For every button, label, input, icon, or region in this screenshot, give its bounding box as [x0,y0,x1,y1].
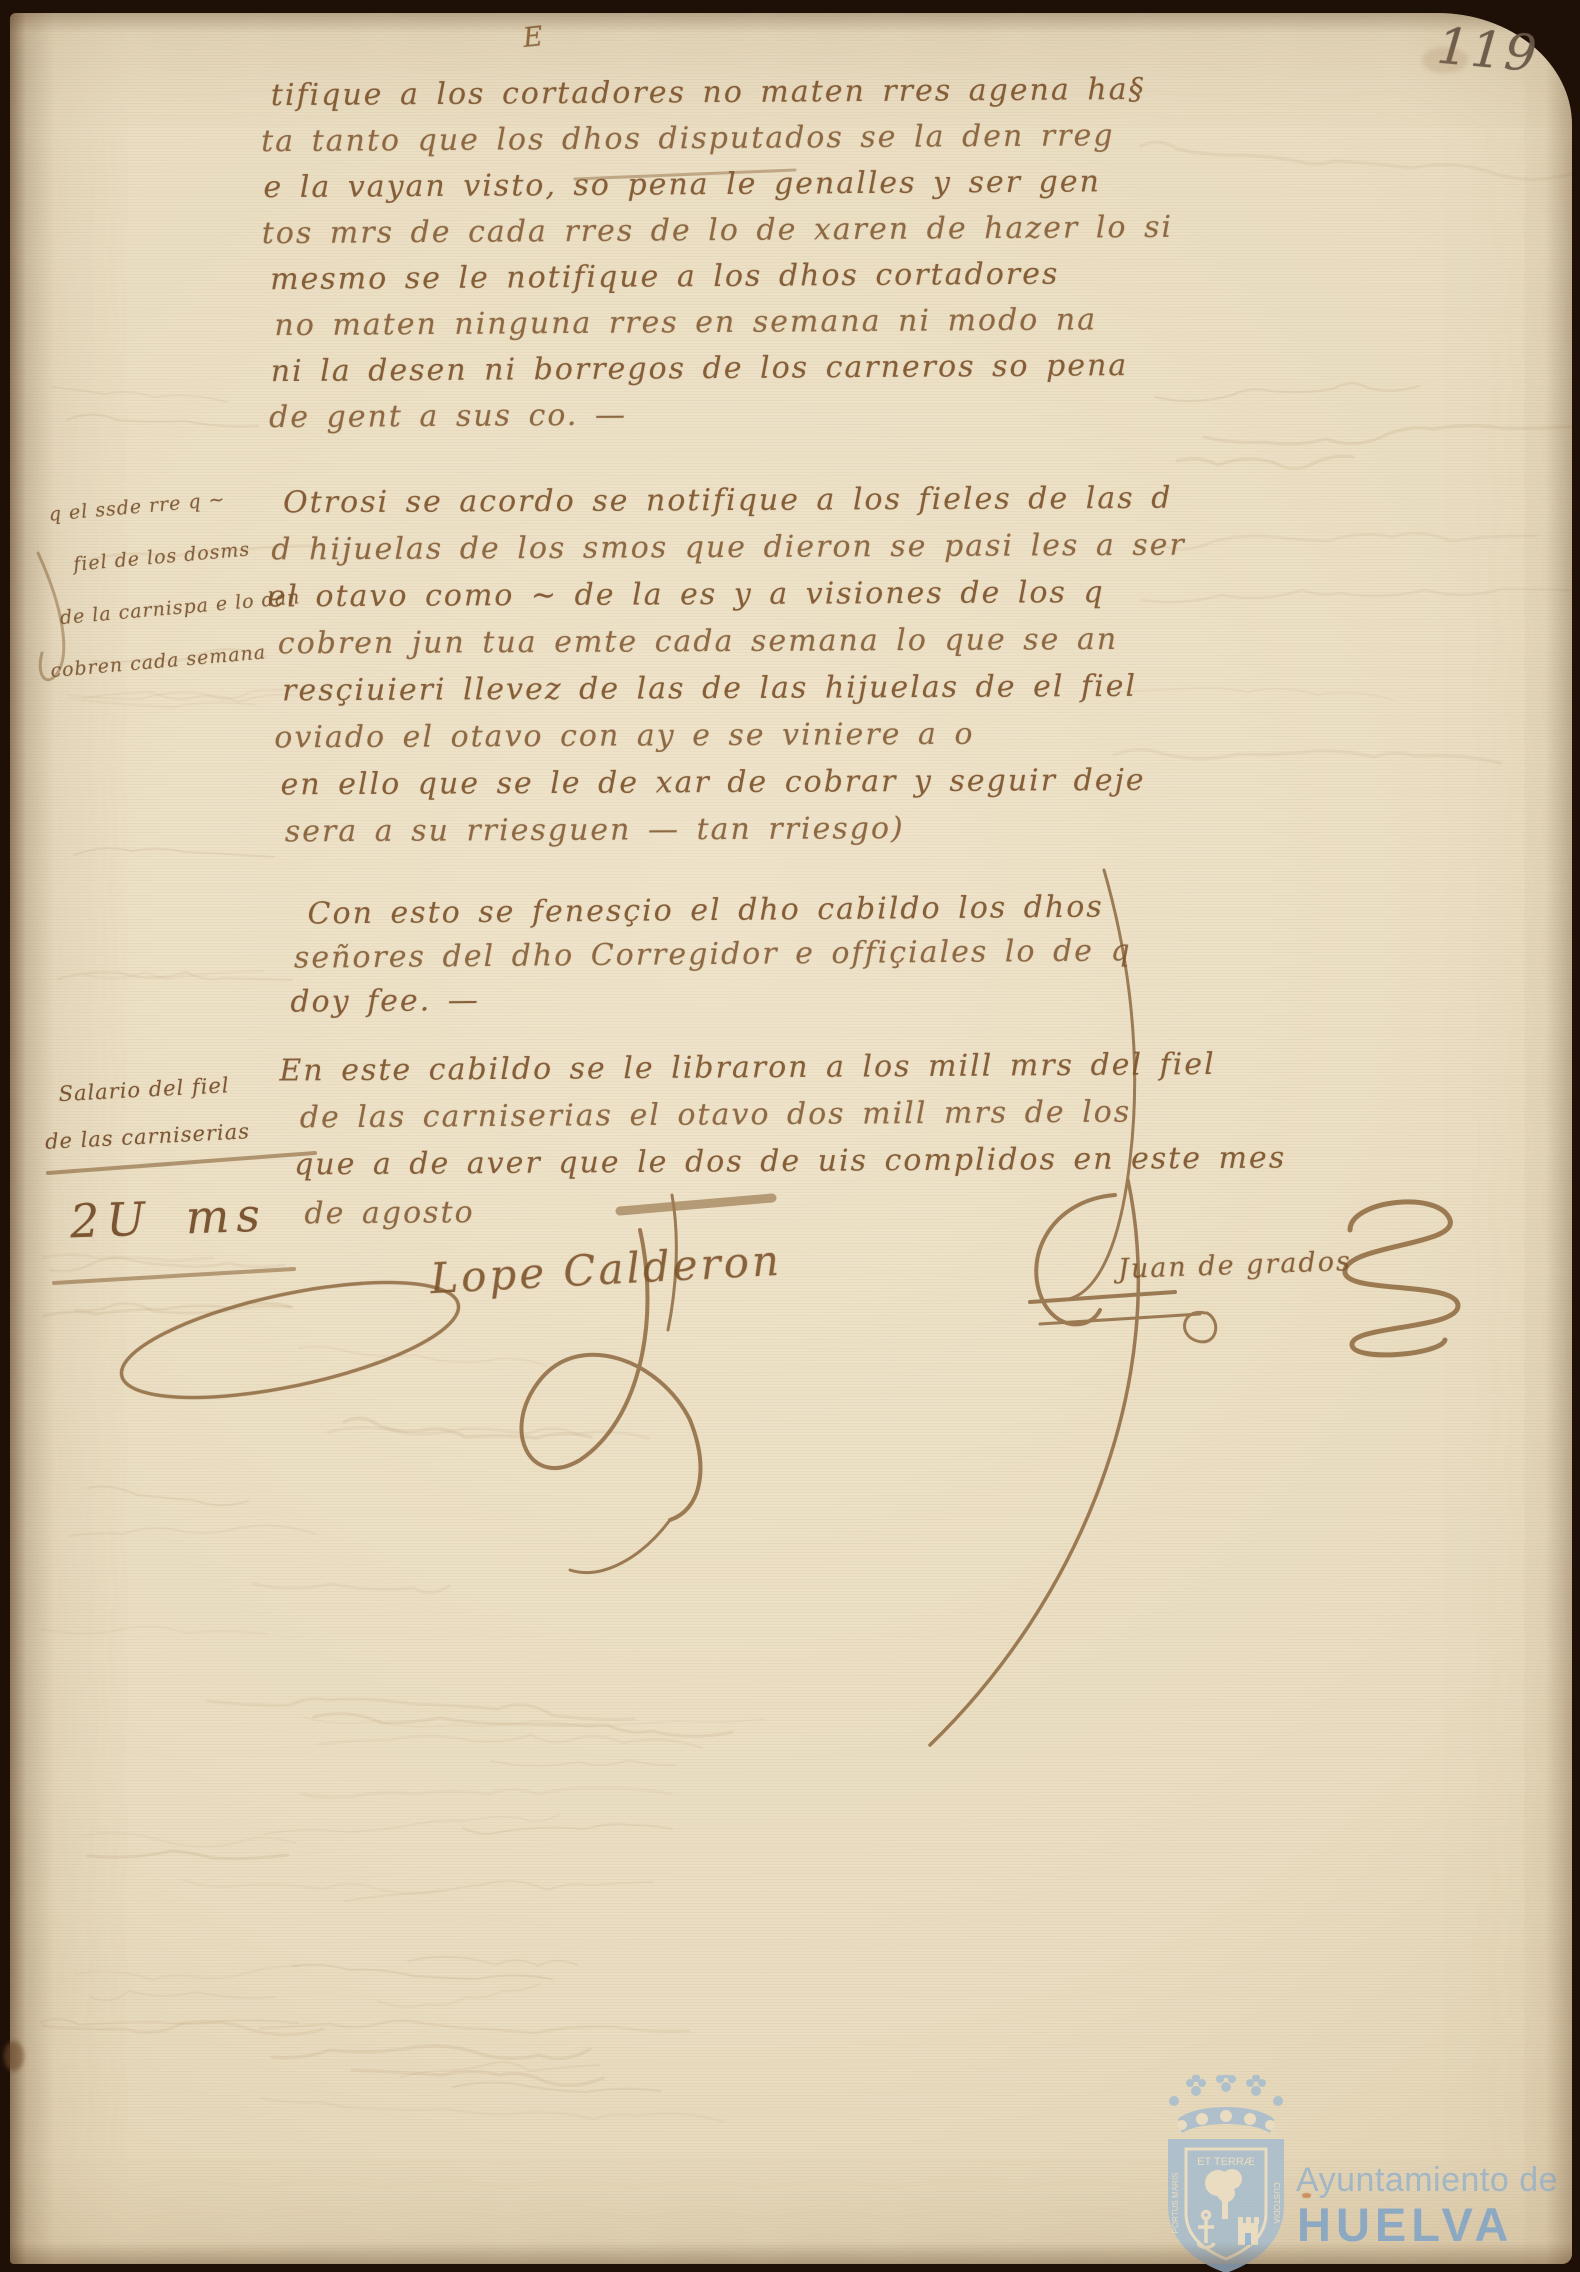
manuscript-line: ta tanto que los dhos disputados se la d… [261,118,1173,170]
manuscript-line: en ello que se le de xar de cobrar y seg… [280,763,1187,815]
signature-left: Lope Calderon [429,1236,783,1303]
amount-annotation: 2U ms [69,1188,268,1249]
manuscript-line: En este cabildo se le libraron a los mil… [279,1046,1285,1100]
watermark-org-name: Ayuntamiento de [1296,2161,1558,2200]
manuscript-line: de las carniserias [44,1119,251,1177]
folio-number: 119 [1435,17,1541,84]
watermark-city-name: HUELVA [1297,2197,1513,2252]
manuscript-line: de gent a sus co. — [269,394,1175,446]
manuscript-line: doy fee. — [290,977,1132,1028]
manuscript-line: tifique a los cortadores no maten rres a… [271,72,1173,124]
manuscript-line: d hijuelas de los smos que dieron se pas… [271,528,1186,580]
manuscript-line: e la vayan visto, so pena le genalles y … [263,164,1173,216]
manuscript-line: mesmo se le notifique a los dhos cortado… [270,256,1174,308]
paragraph-2: Otrosi se acordo se notifique a los fiel… [271,481,1187,862]
margin-note-salario: Salario del fiel de las carniserias [42,1072,252,1177]
manuscript-line: señores del dho Corregidor e offiçiales … [294,933,1132,984]
manuscript-line: sera a su rriesguen — tan rriesgo) [285,810,1188,862]
manuscript-line: no maten ninguna rres en semana ni modo … [274,302,1174,354]
manuscript-page: E 119 tifique a los cortadores no maten … [10,13,1572,2264]
manuscript-line: Otrosi se acordo se notifique a los fiel… [283,481,1186,533]
scanned-manuscript: { "page": { "folio_number": "119", "top_… [0,0,1580,2272]
manuscript-line: Con esto se fenesçio el dho cabildo los … [307,889,1131,940]
manuscript-line: tos mrs de cada rres de lo de xaren de h… [262,210,1174,262]
paragraph-1: tifique a los cortadores no maten rres a… [261,72,1175,446]
manuscript-line: que a de aver que le dos de uis complido… [294,1140,1286,1194]
manuscript-line: cobren jun tua emte cada semana lo que s… [278,622,1187,674]
huelva-coat-of-arms-icon: ET TERRÆ PORTUS MARIS CUSTODIA [1160,2075,1292,2272]
manuscript-line: de agosto [304,1189,1286,1243]
manuscript-line: de las carniserias el otavo dos mill mrs… [300,1093,1286,1147]
manuscript-line: ni la desen ni borregos de los carneros … [271,348,1175,400]
ink-stain [4,2041,24,2071]
paragraph-4: En este cabildo se le libraron a los mil… [279,1046,1286,1243]
manuscript-line: oviado el otavo con ay e se viniere a o [274,716,1187,768]
notarial-mark: E [521,21,544,54]
crest-motto-right: CUSTODIA [1272,2182,1281,2224]
paragraph-3: Con esto se fenesçio el dho cabildo los … [289,889,1132,1028]
crest-motto-top: ET TERRÆ [1197,2156,1255,2168]
manuscript-line: el otavo como ~ de la es y a visiones de… [268,575,1187,627]
manuscript-line: resçiuieri llevez de las de las hijuelas… [282,669,1187,721]
signature-right: Juan de grados [1118,1246,1353,1285]
crest-motto-left: PORTUS MARIS [1171,2173,1180,2234]
